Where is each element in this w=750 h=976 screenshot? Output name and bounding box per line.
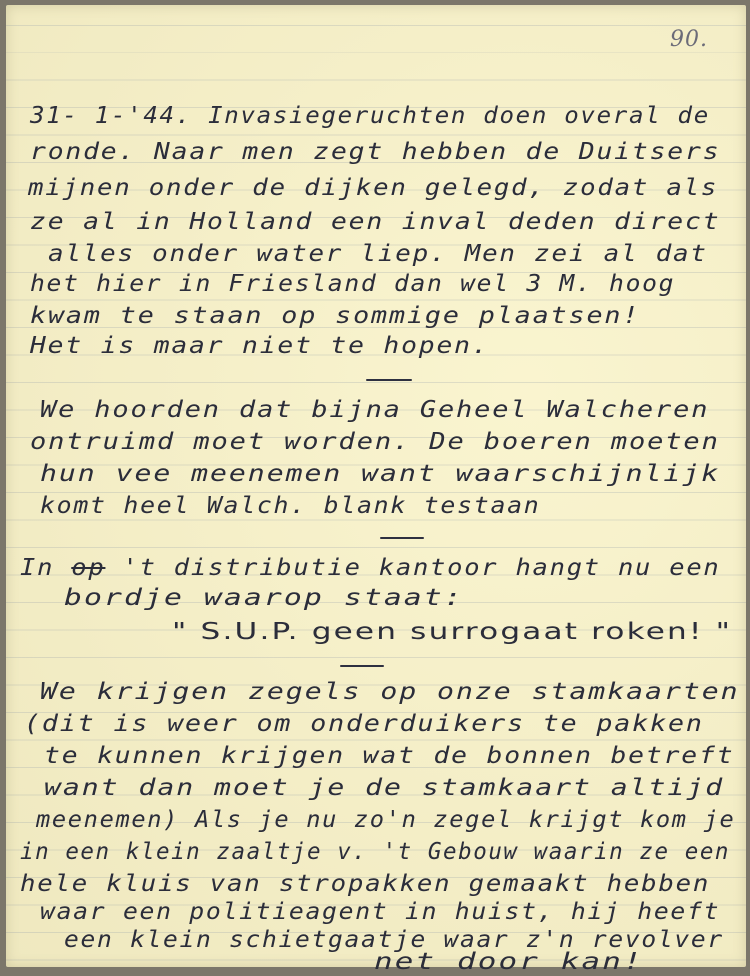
text-line: in een klein zaaltje v. 't Gebouw waarin…	[20, 839, 730, 865]
text-line: kwam te staan op sommige plaatsen!	[30, 303, 640, 329]
text-line: In op 't distributie kantoor hangt nu ee…	[20, 555, 720, 581]
diary-page: 90. 31- 1-'44. Invasiegeruchten doen ove…	[6, 5, 746, 967]
text-line: waar een politieagent in huist, hij heef…	[40, 899, 720, 925]
text-line: komt heel Walch. blank testaan	[40, 493, 540, 519]
text-line: hun vee meenemen want waarschijnlijk	[40, 461, 720, 487]
struck-text: op	[71, 555, 105, 581]
text-line: meenemen) Als je nu zo'n zegel krijgt ko…	[36, 807, 735, 833]
text-line: mijnen onder de dijken gelegd, zodat als	[28, 175, 718, 201]
text-line: We krijgen zegels op onze stamkaarten	[40, 679, 740, 705]
page-number: 90.	[670, 27, 708, 52]
section-divider	[380, 537, 424, 539]
text-line: alles onder water liep. Men zei al dat	[48, 241, 708, 267]
text-line: net door kan!	[374, 949, 644, 975]
text-line: want dan moet je de stamkaart altijd	[44, 775, 724, 801]
text-line: bordje waarop staat:	[64, 585, 464, 611]
text-line: ze al in Holland een inval deden direct	[30, 209, 720, 235]
section-divider	[366, 379, 412, 381]
text-line: te kunnen krijgen wat de bonnen betreft	[44, 743, 734, 769]
text-line: We hoorden dat bijna Geheel Walcheren	[40, 397, 709, 423]
text-line: het hier in Friesland dan wel 3 M. hoog	[30, 271, 675, 297]
text-line: ronde. Naar men zegt hebben de Duitsers	[30, 139, 720, 165]
text-line: ontruimd moet worden. De boeren moeten	[30, 429, 720, 455]
text-line: 31- 1-'44. Invasiegeruchten doen overal …	[30, 103, 710, 129]
section-divider	[340, 665, 384, 667]
text-line: Het is maar niet te hopen.	[30, 333, 489, 359]
text-line: hele kluis van stropakken gemaakt hebben	[20, 871, 710, 897]
text-line: (dit is weer om onderduikers te pakken	[24, 711, 704, 737]
text-line: " S.U.P. geen surrogaat roken! "	[172, 619, 732, 645]
